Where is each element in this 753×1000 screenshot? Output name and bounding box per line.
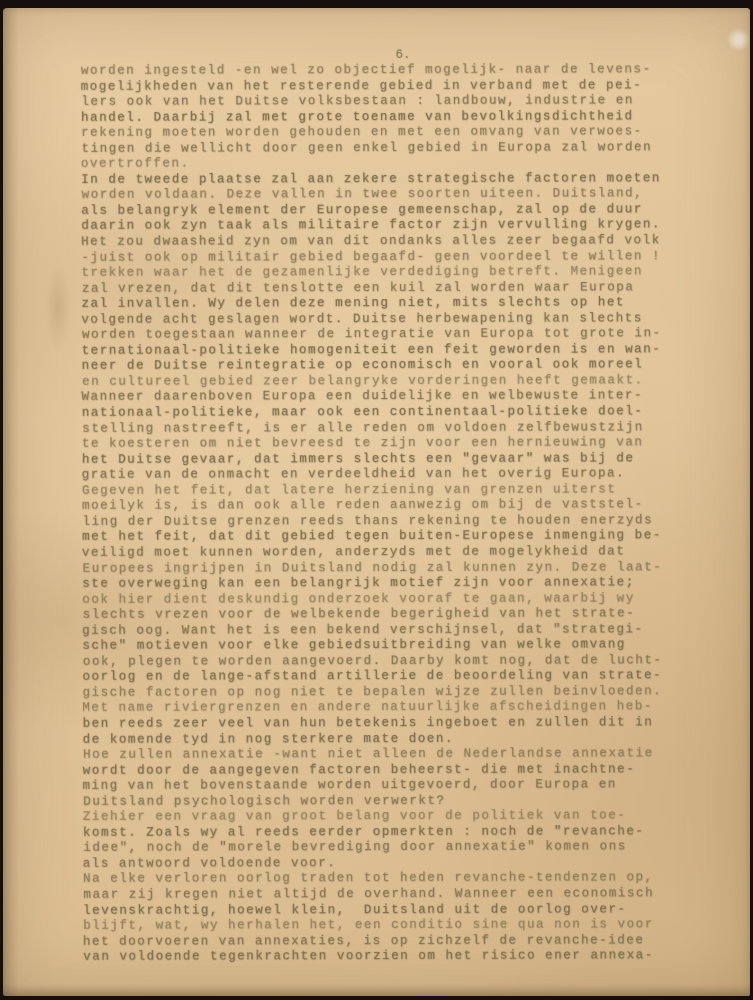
text-line: worden ingesteld -en wel zo objectief mo… [81,62,681,79]
document-page: 6. worden ingesteld -en wel zo objectief… [3,8,750,996]
text-line: en cultureel gebied zeer belangryke vord… [82,373,682,390]
text-line: Na elke verloren oorlog traden tot heden… [83,871,683,888]
text-line: gische factoren op nog niet te bepalen w… [82,684,682,701]
text-line: Europees ingrijpen in Duitsland nodig za… [83,560,683,577]
text-line: worden toegestaan wanneer de integratie … [82,327,682,344]
paper-edge-shadow-left [3,8,19,996]
text-line: In de tweede plaatse zal aan zekere stra… [81,171,681,188]
text-line: blijft, wat, wy herhalen het, een condit… [83,917,683,934]
text-line: -juist ook op militair gebied begaafd- g… [81,249,681,266]
text-line: ook hier dient deskundig onderzoek voora… [82,591,682,608]
text-line: ling der Duitse grenzen reeds thans reke… [82,513,682,530]
text-line: neer de Duitse reintegratie op economisc… [82,358,682,375]
text-line: nationaal-politieke, maar ook een contin… [82,404,682,421]
text-line: handel. Daarbij zal met grote toename va… [81,109,681,126]
text-line: gisch oog. Want het is een bekend versch… [82,622,682,639]
text-line: stelling nastreeft, is er alle reden om … [82,420,682,437]
text-line: tingen die wellicht door geen enkel gebi… [81,140,681,157]
text-line: ben reeds zeer veel van hun betekenis in… [83,715,683,732]
text-line: de komende tyd in nog sterkere mate doen… [83,731,683,748]
text-line: komst. Zoals wy al reeds eerder opmerkte… [83,824,683,841]
text-line: Het zou dwaasheid zyn om van dit ondanks… [81,233,681,250]
text-line: Ziehier een vraag van groot belang voor … [83,808,683,825]
page-number: 6. [353,48,453,62]
text-line: gratie van de onmacht en verdeeldheid va… [82,466,682,483]
text-line: mogelijkheden van het resterende gebied … [81,78,681,95]
text-line: het Duitse gevaar, dat immers slechts ee… [82,451,682,468]
text-line: ste overweging kan een belangrijk motief… [82,575,682,592]
text-line: Met name riviergrenzen en andere natuurl… [82,700,682,717]
paper-stain [45,263,71,353]
text-line: volgende acht geslagen wordt. Duitse her… [81,311,681,328]
text-line: oorlog en de lange-afstand artillerie de… [82,669,682,686]
text-line: het doorvoeren van annexaties, is op zic… [83,933,683,950]
text-line: idee", noch de "morele bevrediging door … [83,840,683,857]
text-line: worden voldaan. Deze vallen in twee soor… [82,187,682,204]
text-line: daarin ook zyn taak als militaire factor… [81,218,681,235]
text-line: met het feit, dat dit gebied tegen buite… [82,529,682,546]
text-line: van voldoende tegenkrachten voorzien om … [83,948,683,965]
text-line: moeilyk is, is dan ook alle reden aanwez… [82,498,682,515]
text-line: Wanneer daarenboven Europa een duidelijk… [81,389,681,406]
text-line: lers ook van het Duitse volksbestaan : l… [81,93,681,110]
text-line: zal invallen. Wy delen deze mening niet,… [81,295,681,312]
text-line: ook, plegen te worden aangevoerd. Daarby… [83,653,683,670]
text-line: trekken waar het de gezamenlijke verdedi… [81,264,681,281]
text-line: rekening moeten worden gehouden en met e… [81,124,681,141]
text-line: zal vrezen, dat dit tenslotte een kuil z… [82,280,682,297]
text-line: overtroffen. [81,155,681,172]
scanned-document: { "page": { "number_label": "6.", "paper… [0,0,753,1000]
text-line: Hoe zullen annexatie -want niet alleen d… [83,746,683,763]
text-line: sche" motieven voor elke gebiedsuitbreid… [82,637,682,654]
paper-edge-shadow-bottom [3,984,750,996]
text-line: levenskrachtig, hoewel klein, Duitsland … [83,902,683,919]
text-line: slechts vrezen voor de welbekende begeri… [83,606,683,623]
text-line: ming van het bovenstaande worden uitgevo… [82,777,682,794]
text-line: te koesteren om niet bevreesd te zijn vo… [82,435,682,452]
text-line: wordt door de aangegeven factoren beheer… [83,762,683,779]
text-line: veiligd moet kunnen worden, anderzyds me… [82,544,682,561]
typewritten-text: worden ingesteld -en wel zo objectief mo… [81,62,683,965]
text-line: maar zij kregen niet altijd de overhand.… [83,886,683,903]
